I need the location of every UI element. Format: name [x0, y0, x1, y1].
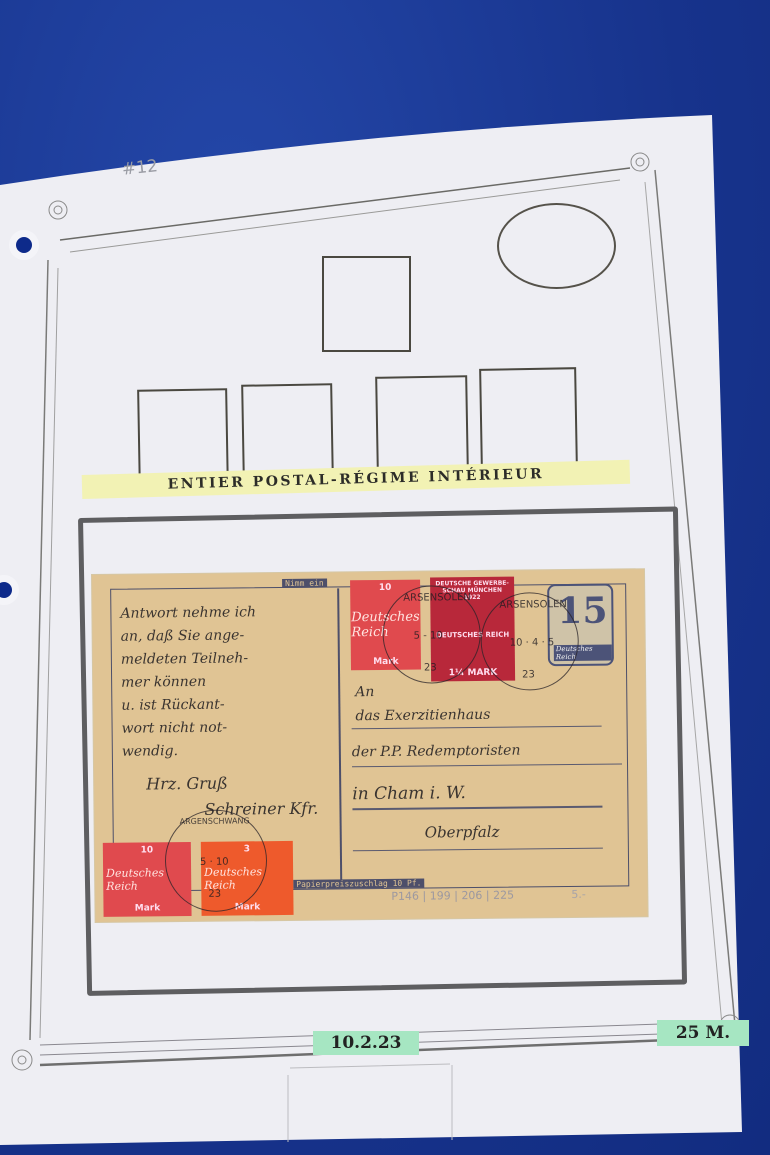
postal-stationery-card: Nimm ein Papierpreiszuschlag 10 Pf. Antw…: [92, 569, 648, 922]
postmark-date: 10 · 4 · 5: [510, 637, 555, 648]
message-line: an, daß Sie ange-: [121, 624, 257, 648]
pencil-price: 5.-: [571, 888, 586, 901]
message-line: u. ist Rückant-: [121, 693, 257, 717]
handwritten-message: Antwort nehme ich an, daß Sie ange- meld…: [120, 601, 257, 763]
empty-stamp-mount: [375, 375, 469, 473]
empty-stamp-mount: [322, 256, 411, 352]
postmark: ARSENSOLEN 10 · 4 · 5 23: [480, 592, 579, 691]
postmark: ARGENSCHWANG 5 · 10 23: [164, 809, 267, 912]
stamp-value: 10: [141, 845, 154, 855]
message-line: mer können: [121, 670, 257, 694]
postmark-date: 5 - 10: [414, 630, 443, 641]
printed-header: Nimm ein: [282, 579, 327, 588]
printed-footer: Papierpreiszuschlag 10 Pf.: [293, 879, 424, 889]
address-line: das Exerzitienhaus: [355, 707, 490, 724]
empty-round-mount: [497, 203, 616, 289]
empty-stamp-mount: [241, 383, 334, 481]
rate-label: 25 M.: [657, 1020, 749, 1046]
message-line: Antwort nehme ich: [120, 601, 256, 625]
binder-hole-top: [16, 237, 32, 253]
postmark-town: ARSENSOLEN: [499, 599, 567, 611]
postmark-town: ARGENSCHWANG: [180, 816, 250, 826]
address-line: An: [355, 684, 374, 700]
message-line: wendig.: [122, 739, 258, 763]
message-line: meldeten Teilneh-: [121, 647, 257, 671]
pencil-catalog-numbers: P146 | 199 | 206 | 225: [391, 889, 514, 903]
address-line: der P.P. Redemptoristen: [352, 743, 521, 761]
postmark: ARSENSOLEN 5 - 10 23: [382, 585, 481, 684]
address-line: in Cham i. W.: [352, 783, 466, 804]
address-line: Oberpfalz: [425, 823, 500, 842]
message-line: wort nicht not-: [121, 716, 257, 740]
pencil-page-number: #12: [121, 156, 159, 180]
handwritten-greeting: Hrz. Gruß: [146, 774, 228, 794]
postmark-year: 23: [522, 669, 535, 680]
stamp-value: 10: [379, 583, 392, 593]
postmark-year: 23: [208, 889, 221, 900]
stamp-denomination: Mark: [135, 903, 161, 913]
postmark-year: 23: [424, 662, 437, 673]
empty-stamp-mount: [479, 367, 578, 469]
date-label: 10.2.23: [313, 1031, 419, 1055]
postmark-town: ARSENSOLEN: [403, 592, 471, 604]
postmark-date: 5 · 10: [200, 857, 229, 868]
